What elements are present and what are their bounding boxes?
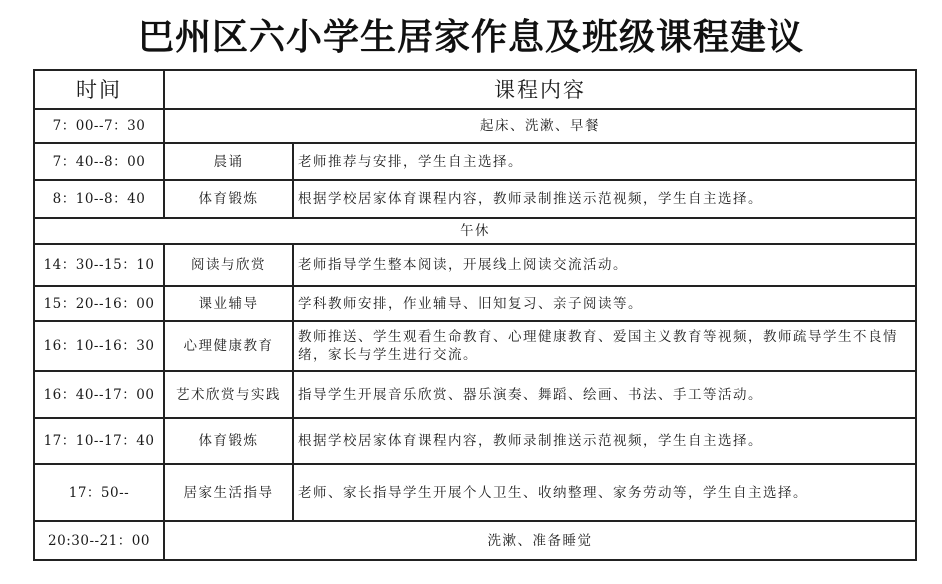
header-content: 课程内容 <box>164 70 916 109</box>
time-cell: 7：00--7：30 <box>34 109 164 143</box>
time-cell: 20:30--21：00 <box>34 521 164 560</box>
time-cell: 15：20--16：00 <box>34 286 164 321</box>
table-row: 15：20--16：00 课业辅导 学科教师安排，作业辅导、旧知复习、亲子阅读等… <box>34 286 916 321</box>
table-row-break: 午休 <box>34 218 916 244</box>
time-cell: 16：40--17：00 <box>34 371 164 418</box>
activity-cell: 起床、洗漱、早餐 <box>164 109 916 143</box>
table-row: 16：40--17：00 艺术欣赏与实践 指导学生开展音乐欣赏、器乐演奏、舞蹈、… <box>34 371 916 418</box>
table-header-row: 时间 课程内容 <box>34 70 916 109</box>
table-row: 20:30--21：00 洗漱、准备睡觉 <box>34 521 916 560</box>
course-cell: 体育锻炼 <box>164 180 293 218</box>
description-cell: 根据学校居家体育课程内容，教师录制推送示范视频，学生自主选择。 <box>293 418 916 464</box>
description-cell: 老师、家长指导学生开展个人卫生、收纳整理、家务劳动等，学生自主选择。 <box>293 464 916 521</box>
table-row: 17：50-- 居家生活指导 老师、家长指导学生开展个人卫生、收纳整理、家务劳动… <box>34 464 916 521</box>
table-row: 16：10--16：30 心理健康教育 教师推送、学生观看生命教育、心理健康教育… <box>34 321 916 371</box>
page-title: 巴州区六小学生居家作息及班级课程建议 <box>0 14 942 62</box>
table-row: 14：30--15：10 阅读与欣赏 老师指导学生整本阅读，开展线上阅读交流活动… <box>34 244 916 286</box>
course-cell: 体育锻炼 <box>164 418 293 464</box>
course-cell: 心理健康教育 <box>164 321 293 371</box>
header-time: 时间 <box>34 70 164 109</box>
description-cell: 学科教师安排，作业辅导、旧知复习、亲子阅读等。 <box>293 286 916 321</box>
description-cell: 教师推送、学生观看生命教育、心理健康教育、爱国主义教育等视频，教师疏导学生不良情… <box>293 321 916 371</box>
description-cell: 老师推荐与安排，学生自主选择。 <box>293 143 916 180</box>
time-cell: 17：50-- <box>34 464 164 521</box>
time-cell: 16：10--16：30 <box>34 321 164 371</box>
activity-cell: 洗漱、准备睡觉 <box>164 521 916 560</box>
course-cell: 居家生活指导 <box>164 464 293 521</box>
time-cell: 14：30--15：10 <box>34 244 164 286</box>
course-cell: 阅读与欣赏 <box>164 244 293 286</box>
table-row: 8：10--8：40 体育锻炼 根据学校居家体育课程内容，教师录制推送示范视频，… <box>34 180 916 218</box>
table-row: 7：40--8：00 晨诵 老师推荐与安排，学生自主选择。 <box>34 143 916 180</box>
break-cell: 午休 <box>34 218 916 244</box>
time-cell: 7：40--8：00 <box>34 143 164 180</box>
table-row: 17：10--17：40 体育锻炼 根据学校居家体育课程内容，教师录制推送示范视… <box>34 418 916 464</box>
description-cell: 老师指导学生整本阅读，开展线上阅读交流活动。 <box>293 244 916 286</box>
course-cell: 晨诵 <box>164 143 293 180</box>
description-cell: 指导学生开展音乐欣赏、器乐演奏、舞蹈、绘画、书法、手工等活动。 <box>293 371 916 418</box>
time-cell: 17：10--17：40 <box>34 418 164 464</box>
schedule-table: 时间 课程内容 7：00--7：30 起床、洗漱、早餐 7：40--8：00 晨… <box>33 69 917 561</box>
description-cell: 根据学校居家体育课程内容，教师录制推送示范视频，学生自主选择。 <box>293 180 916 218</box>
time-cell: 8：10--8：40 <box>34 180 164 218</box>
course-cell: 艺术欣赏与实践 <box>164 371 293 418</box>
table-row: 7：00--7：30 起床、洗漱、早餐 <box>34 109 916 143</box>
course-cell: 课业辅导 <box>164 286 293 321</box>
